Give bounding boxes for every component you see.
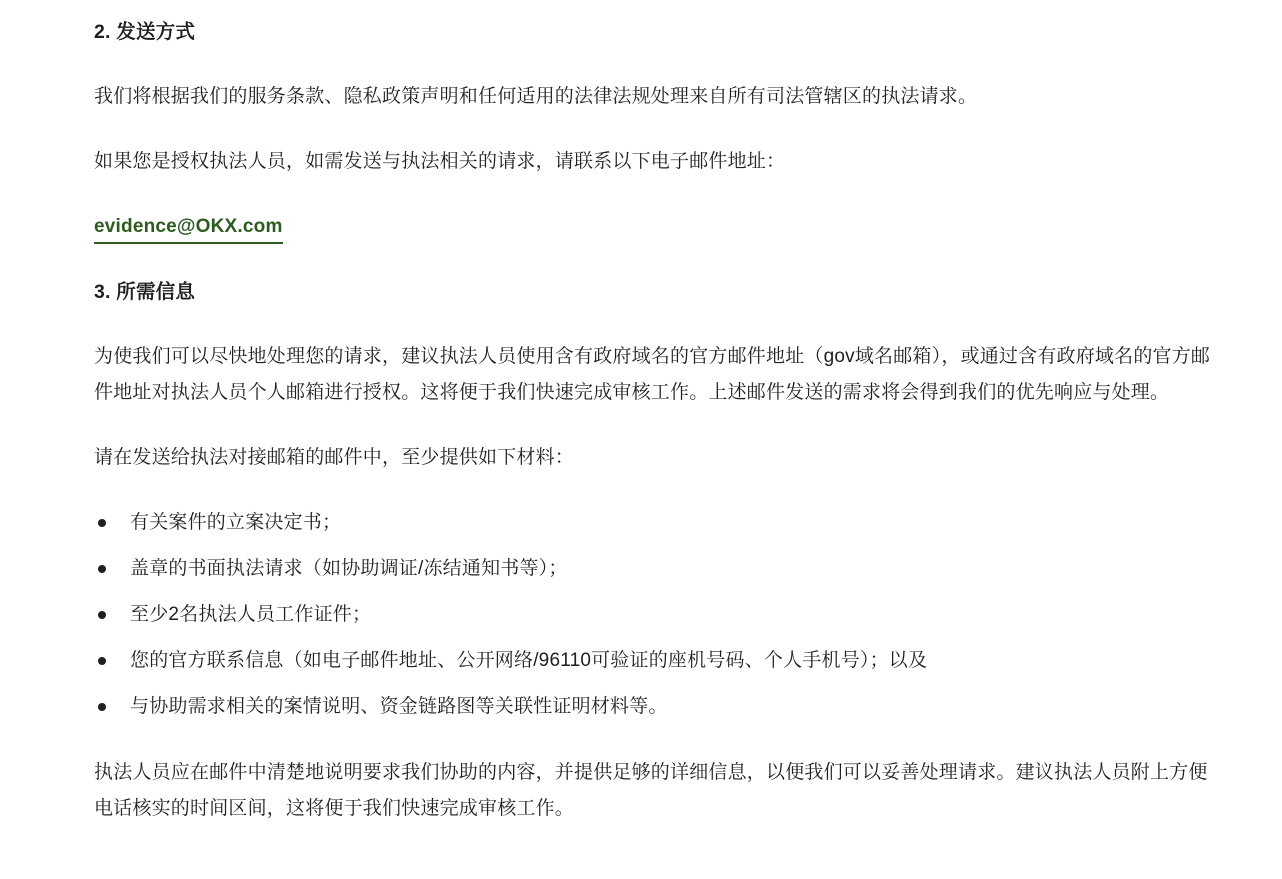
paragraph-policy: 我们将根据我们的服务条款、隐私政策声明和任何适用的法律法规处理来自所有司法管辖区…: [94, 79, 1218, 115]
paragraph-gov-email: 为使我们可以尽快地处理您的请求，建议执法人员使用含有政府域名的官方邮件地址（go…: [94, 339, 1218, 411]
list-item-text: 至少2名执法人员工作证件；: [130, 604, 371, 625]
paragraph-contact-intro: 如果您是授权执法人员，如需发送与执法相关的请求，请联系以下电子邮件地址：: [94, 144, 1218, 180]
bullet-dot-icon: [98, 611, 106, 619]
article-content: 2. 发送方式 我们将根据我们的服务条款、隐私政策声明和任何适用的法律法规处理来…: [0, 0, 1282, 827]
bullet-dot-icon: [98, 565, 106, 573]
list-item-text: 有关案件的立案决定书；: [130, 512, 341, 533]
list-item-text: 与协助需求相关的案情说明、资金链路图等关联性证明材料等。: [130, 696, 668, 717]
list-item: 盖章的书面执法请求（如协助调证/冻结通知书等）；: [94, 551, 1218, 587]
required-materials-list: 有关案件的立案决定书； 盖章的书面执法请求（如协助调证/冻结通知书等）； 至少2…: [94, 505, 1218, 725]
bullet-dot-icon: [98, 519, 106, 527]
list-item: 与协助需求相关的案情说明、资金链路图等关联性证明材料等。: [94, 689, 1218, 725]
evidence-email-link[interactable]: evidence@OKX.com: [94, 215, 283, 244]
section-heading-required-info: 3. 所需信息: [94, 274, 1218, 310]
email-link-line: evidence@OKX.com: [94, 209, 1218, 245]
list-item-text: 您的官方联系信息（如电子邮件地址、公开网络/96110可验证的座机号码、个人手机…: [130, 650, 927, 671]
bullet-dot-icon: [98, 703, 106, 711]
bullet-dot-icon: [98, 657, 106, 665]
paragraph-closing: 执法人员应在邮件中清楚地说明要求我们协助的内容，并提供足够的详细信息，以便我们可…: [94, 755, 1218, 827]
list-item: 有关案件的立案决定书；: [94, 505, 1218, 541]
paragraph-materials-intro: 请在发送给执法对接邮箱的邮件中，至少提供如下材料：: [94, 440, 1218, 476]
list-item-text: 盖章的书面执法请求（如协助调证/冻结通知书等）；: [130, 558, 568, 579]
list-item: 您的官方联系信息（如电子邮件地址、公开网络/96110可验证的座机号码、个人手机…: [94, 643, 1218, 679]
list-item: 至少2名执法人员工作证件；: [94, 597, 1218, 633]
section-heading-send-method: 2. 发送方式: [94, 14, 1218, 50]
